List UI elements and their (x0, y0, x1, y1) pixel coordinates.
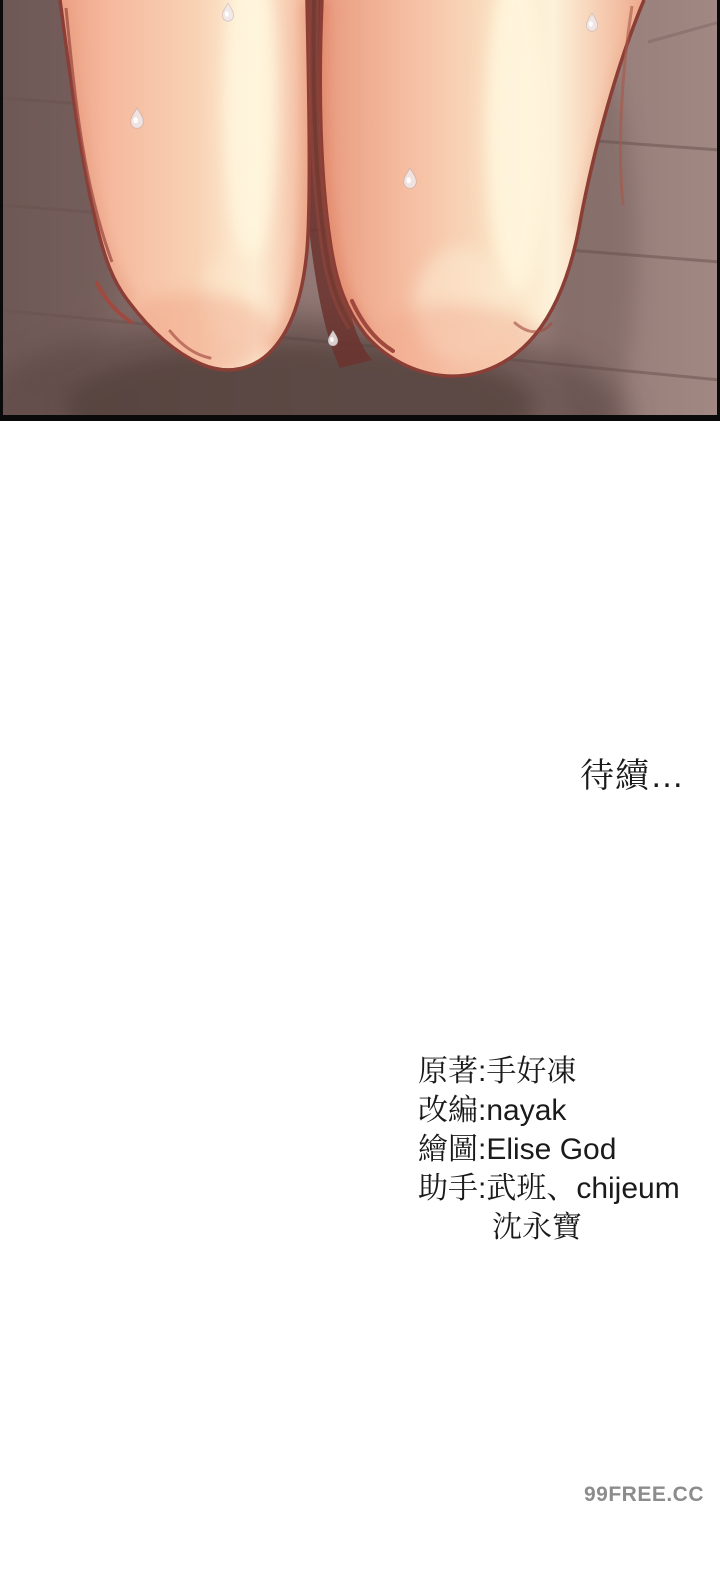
panel-border-bottom (0, 415, 720, 421)
knees-artwork (0, 0, 720, 421)
credit-assistants: 助手:武班、chijeum (418, 1169, 680, 1208)
watermark-text: 99FREE.CC (584, 1483, 704, 1507)
to-be-continued-text: 待續… (580, 748, 685, 797)
credit-original-author: 原著:手好凍 (418, 1052, 680, 1091)
credit-adaptation: 改編:nayak (418, 1091, 680, 1130)
credits-block: 原著:手好凍 改編:nayak 繪圖:Elise God 助手:武班、chije… (418, 1052, 680, 1247)
credit-assistants-continued: 沈永寶 (492, 1208, 680, 1247)
credit-artist: 繪圖:Elise God (418, 1130, 680, 1169)
comic-panel (0, 0, 720, 421)
panel-border-left (0, 0, 3, 421)
comic-page: 待續… 原著:手好凍 改編:nayak 繪圖:Elise God 助手:武班、c… (0, 0, 720, 1569)
